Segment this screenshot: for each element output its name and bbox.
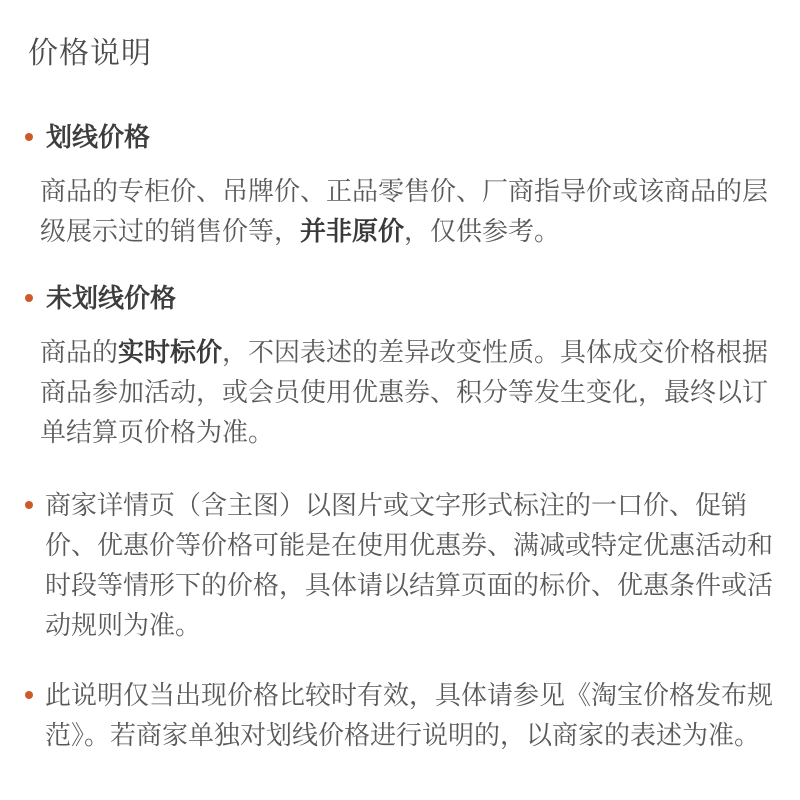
price-section: 商家详情页（含主图）以图片或文字形式标注的一口价、促销价、优惠价等价格可能是在使…: [25, 485, 776, 645]
section-paragraph: 此说明仅当出现价格比较时有效，具体请参见《淘宝价格发布规范》。若商家单独对划线价…: [45, 675, 776, 755]
bullet-dot-icon: [25, 691, 33, 699]
bullet-dot-icon: [25, 294, 33, 302]
bold-text-segment: 实时标价: [118, 337, 222, 367]
bullet-dot-icon: [25, 133, 33, 141]
section-heading: 未划线价格: [46, 283, 776, 313]
section-paragraph: 商品的实时标价，不因表述的差异改变性质。具体成交价格根据商品参加活动，或会员使用…: [40, 332, 776, 452]
price-description-page: 价格说明 划线价格 商品的专柜价、吊牌价、正品零售价、厂商指导价或该商品的层级展…: [0, 0, 800, 800]
price-section: 未划线价格 商品的实时标价，不因表述的差异改变性质。具体成交价格根据商品参加活动…: [25, 283, 776, 452]
price-section: 划线价格 商品的专柜价、吊牌价、正品零售价、厂商指导价或该商品的层级展示过的销售…: [25, 122, 776, 251]
text-segment: 商品的: [40, 337, 118, 367]
page-title: 价格说明: [28, 36, 776, 72]
section-paragraph: 商家详情页（含主图）以图片或文字形式标注的一口价、促销价、优惠价等价格可能是在使…: [45, 485, 776, 645]
section-paragraph: 商品的专柜价、吊牌价、正品零售价、厂商指导价或该商品的层级展示过的销售价等，并非…: [40, 171, 776, 251]
price-sections-list: 划线价格 商品的专柜价、吊牌价、正品零售价、厂商指导价或该商品的层级展示过的销售…: [25, 122, 776, 755]
bullet-dot-icon: [25, 501, 33, 509]
bold-text-segment: 并非原价: [300, 216, 404, 246]
text-segment: 此说明仅当出现价格比较时有效，具体请参见《淘宝价格发布规范》。若商家单独对划线价…: [45, 680, 773, 750]
text-segment: 商家详情页（含主图）以图片或文字形式标注的一口价、促销价、优惠价等价格可能是在使…: [45, 490, 773, 640]
price-section: 此说明仅当出现价格比较时有效，具体请参见《淘宝价格发布规范》。若商家单独对划线价…: [25, 675, 776, 755]
section-heading: 划线价格: [46, 122, 776, 152]
text-segment: ，仅供参考。: [404, 216, 560, 246]
